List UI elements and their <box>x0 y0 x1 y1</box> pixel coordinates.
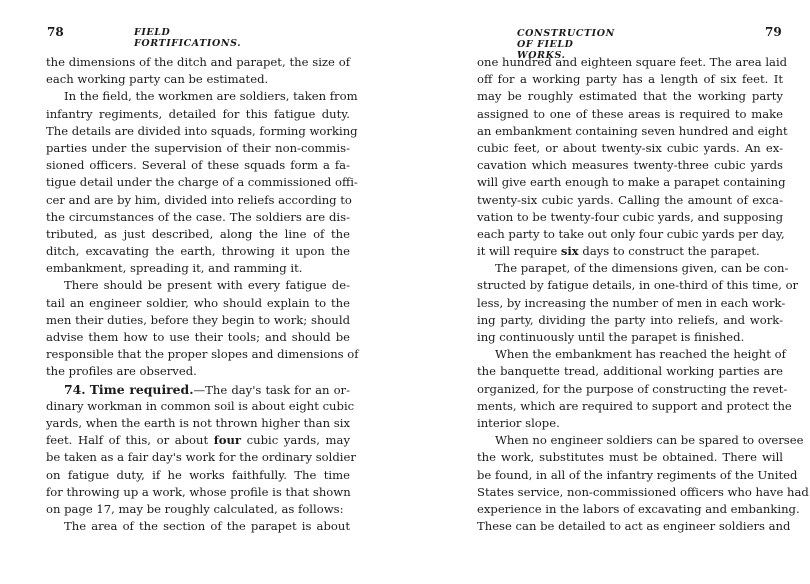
line-text: The parapet, of the dimensions given, ca… <box>495 261 788 275</box>
text-line: States service, non-commissioned officer… <box>477 484 783 501</box>
text-line: vation to be twenty-four cubic yards, an… <box>477 209 783 226</box>
line-text: The area of the section of the parapet i… <box>64 519 350 533</box>
line-text: experience in the labors of excavating a… <box>477 502 800 516</box>
text-line: assigned to one of these areas is requir… <box>477 106 783 123</box>
line-text: interior slope. <box>477 416 560 430</box>
emphasis-text: six <box>561 244 579 258</box>
text-line: 74. Time required.—The day's task for an… <box>46 381 350 398</box>
text-line: dinary workman in common soil is about e… <box>46 398 350 415</box>
text-line: advise them how to use their tools; and … <box>46 329 350 346</box>
line-text: the profiles are observed. <box>46 364 197 378</box>
text-line: The parapet, of the dimensions given, ca… <box>477 260 783 277</box>
line-text: advise them how to use their tools; and … <box>46 330 350 344</box>
text-line: ments, which are required to support and… <box>477 398 783 415</box>
text-line: the dimensions of the ditch and parapet,… <box>46 54 350 71</box>
line-text: When no engineer soldiers can be spared … <box>495 433 803 447</box>
text-line: cavation which measures twenty-three cub… <box>477 157 783 174</box>
line-text: sioned officers. Several of these squads… <box>46 158 350 172</box>
line-text: ditch, excavating the earth, throwing it… <box>46 244 350 258</box>
line-text: infantry regiments, detailed for this fa… <box>46 107 350 121</box>
page-number: 78 <box>47 25 64 39</box>
text-line: experience in the labors of excavating a… <box>477 501 783 518</box>
text-line: tributed, as just described, along the l… <box>46 226 350 243</box>
line-text: each party to take out only four cubic y… <box>477 227 785 241</box>
text-line: responsible that the proper slopes and d… <box>46 346 350 363</box>
line-text: may be roughly estimated that the workin… <box>477 89 783 103</box>
text-line: ditch, excavating the earth, throwing it… <box>46 243 350 260</box>
line-text: it will require <box>477 244 561 258</box>
text-line: In the field, the workmen are soldiers, … <box>46 88 350 105</box>
line-text: States service, non-commissioned officer… <box>477 485 809 499</box>
line-text: men their duties, before they begin to w… <box>46 313 350 327</box>
line-text: be taken as a fair day's work for the or… <box>46 450 356 464</box>
text-line: less, by increasing the number of men in… <box>477 295 783 312</box>
line-text: less, by increasing the number of men in… <box>477 296 785 310</box>
text-line: infantry regiments, detailed for this fa… <box>46 106 350 123</box>
text-line: on page 17, may be roughly calculated, a… <box>46 501 350 518</box>
line-text: dinary workman in common soil is about e… <box>46 399 354 413</box>
text-line: men their duties, before they begin to w… <box>46 312 350 329</box>
line-text: responsible that the proper slopes and d… <box>46 347 359 361</box>
line-text: on page 17, may be roughly calculated, a… <box>46 502 344 516</box>
text-line: cubic feet, or about twenty-six cubic ya… <box>477 140 783 157</box>
text-line: parties under the supervision of their n… <box>46 140 350 157</box>
line-text: cubic feet, or about twenty-six cubic ya… <box>477 141 783 155</box>
text-line: structed by fatigue details, in one-thir… <box>477 277 783 294</box>
text-line: cer and are by him, divided into reliefs… <box>46 192 350 209</box>
text-line: When no engineer soldiers can be spared … <box>477 432 783 449</box>
line-text: embankment, spreading it, and ramming it… <box>46 261 302 275</box>
text-line: yards, when the earth is not thrown high… <box>46 415 350 432</box>
text-line: off for a working party has a length of … <box>477 71 783 88</box>
line-text: the work, substitutes must be obtained. … <box>477 450 783 464</box>
text-line: the profiles are observed. <box>46 363 350 380</box>
line-text: These can be detailed to act as engineer… <box>477 519 790 533</box>
line-text: cavation which measures twenty-three cub… <box>477 158 783 172</box>
text-line: ing party, dividing the party into relie… <box>477 312 783 329</box>
section-number: 74. <box>64 382 86 397</box>
text-line: be taken as a fair day's work for the or… <box>46 449 350 466</box>
line-text: ing party, dividing the party into relie… <box>477 313 783 327</box>
text-line: one hundred and eighteen square feet. Th… <box>477 54 783 71</box>
line-text: cer and are by him, divided into reliefs… <box>46 193 352 207</box>
line-text: tributed, as just described, along the l… <box>46 227 350 241</box>
line-text: vation to be twenty-four cubic yards, an… <box>477 210 783 224</box>
text-line: tigue detail under the charge of a commi… <box>46 174 350 191</box>
right-page-body: one hundred and eighteen square feet. Th… <box>477 54 783 535</box>
line-text: —The day's task for an or- <box>194 383 350 397</box>
text-line: be found, in all of the infantry regimen… <box>477 467 783 484</box>
line-text: When the embankment has reached the heig… <box>495 347 786 361</box>
text-line: interior slope. <box>477 415 783 432</box>
left-page: 78 FIELD FORTIFICATIONS. the dimensions … <box>0 0 405 584</box>
line-text: days to construct the parapet. <box>579 244 760 258</box>
line-text: be found, in all of the infantry regimen… <box>477 468 797 482</box>
text-line: it will require six days to construct th… <box>477 243 783 260</box>
line-text: will give earth enough to make a parapet… <box>477 175 786 189</box>
line-text: feet. Half of this, or about <box>46 433 214 447</box>
text-line: tail an engineer soldier, who should exp… <box>46 295 350 312</box>
line-text: off for a working party has a length of … <box>477 72 783 86</box>
text-line: will give earth enough to make a parapet… <box>477 174 783 191</box>
text-line: embankment, spreading it, and ramming it… <box>46 260 350 277</box>
line-text: an embankment containing seven hundred a… <box>477 124 788 138</box>
line-text: The details are divided into squads, for… <box>46 124 358 138</box>
line-text: for throwing up a work, whose profile is… <box>46 485 351 499</box>
line-text: twenty-six cubic yards. Calling the amou… <box>477 193 783 207</box>
text-line: each party to take out only four cubic y… <box>477 226 783 243</box>
text-line: the work, substitutes must be obtained. … <box>477 449 783 466</box>
line-text: cubic yards, may <box>241 433 350 447</box>
text-line: the banquette tread, additional working … <box>477 363 783 380</box>
line-text: assigned to one of these areas is requir… <box>477 107 783 121</box>
text-line: The area of the section of the parapet i… <box>46 518 350 535</box>
emphasis-text: four <box>214 433 241 447</box>
text-line: These can be detailed to act as engineer… <box>477 518 783 535</box>
line-text: In the field, the workmen are soldiers, … <box>64 89 358 103</box>
line-text: yards, when the earth is not thrown high… <box>46 416 350 430</box>
line-text: tail an engineer soldier, who should exp… <box>46 296 350 310</box>
line-text: on fatigue duty, if he works faithfully.… <box>46 468 350 482</box>
page-number: 79 <box>765 25 782 39</box>
text-line: may be roughly estimated that the workin… <box>477 88 783 105</box>
text-line: an embankment containing seven hundred a… <box>477 123 783 140</box>
text-line: twenty-six cubic yards. Calling the amou… <box>477 192 783 209</box>
line-text: the circumstances of the case. The soldi… <box>46 210 350 224</box>
running-title: FIELD FORTIFICATIONS. <box>134 27 241 49</box>
section-title: Time required. <box>90 382 194 397</box>
text-line: for throwing up a work, whose profile is… <box>46 484 350 501</box>
text-line: There should be present with every fatig… <box>46 277 350 294</box>
line-text: one hundred and eighteen square feet. Th… <box>477 55 787 69</box>
line-text: each working party can be estimated. <box>46 72 268 86</box>
text-line: When the embankment has reached the heig… <box>477 346 783 363</box>
line-text: ments, which are required to support and… <box>477 399 792 413</box>
text-line: organized, for the purpose of constructi… <box>477 381 783 398</box>
right-page: CONSTRUCTION OF FIELD WORKS. 79 one hund… <box>405 0 810 584</box>
line-text: There should be present with every fatig… <box>64 278 350 292</box>
text-line: on fatigue duty, if he works faithfully.… <box>46 467 350 484</box>
text-line: each working party can be estimated. <box>46 71 350 88</box>
line-text: the banquette tread, additional working … <box>477 364 783 378</box>
text-line: feet. Half of this, or about four cubic … <box>46 432 350 449</box>
text-line: ing continuously until the parapet is fi… <box>477 329 783 346</box>
line-text: tigue detail under the charge of a commi… <box>46 175 358 189</box>
text-line: the circumstances of the case. The soldi… <box>46 209 350 226</box>
line-text: the dimensions of the ditch and parapet,… <box>46 55 350 69</box>
line-text: ing continuously until the parapet is fi… <box>477 330 744 344</box>
line-text: structed by fatigue details, in one-thir… <box>477 278 798 292</box>
text-line: The details are divided into squads, for… <box>46 123 350 140</box>
line-text: parties under the supervision of their n… <box>46 141 350 155</box>
text-line: sioned officers. Several of these squads… <box>46 157 350 174</box>
line-text: organized, for the purpose of constructi… <box>477 382 787 396</box>
left-page-body: the dimensions of the ditch and parapet,… <box>46 54 350 535</box>
